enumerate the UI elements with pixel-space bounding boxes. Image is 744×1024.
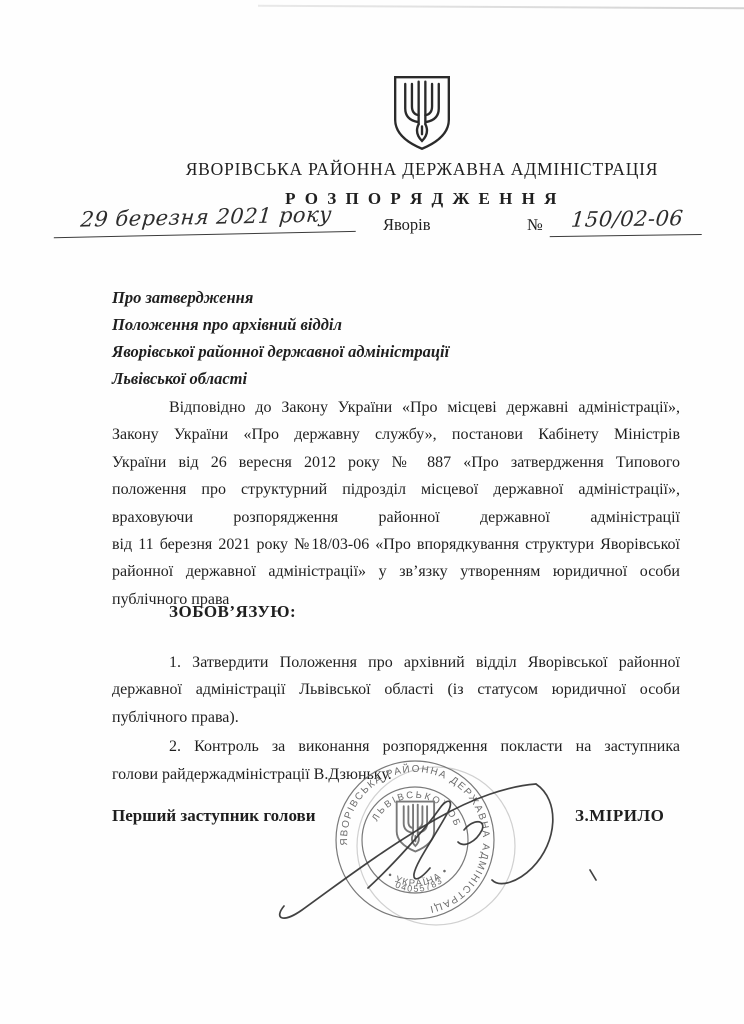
- text-line: положення про структурний підрозділ місц…: [112, 476, 680, 503]
- scan-artifact-line: [258, 5, 744, 10]
- text-line: Закону України «Про державну службу», по…: [112, 421, 680, 448]
- handwritten-document-number: 150/02-06: [550, 206, 705, 237]
- text-line: районної державної адміністрації» у зв’я…: [112, 558, 680, 585]
- text-line: Про затвердження: [112, 284, 542, 311]
- place-name: Яворів: [383, 215, 431, 235]
- text-line: Яворівської районної державної адміністр…: [112, 338, 542, 365]
- body-paragraph: Відповідно до Закону України «Про місцев…: [112, 394, 680, 613]
- text-line: Відповідно до Закону України «Про місцев…: [112, 394, 680, 421]
- text-line: враховуючи розпорядження районної держав…: [112, 504, 680, 531]
- text-line: від 11 березня 2021 року №18/03-06 «Про …: [112, 531, 680, 558]
- handwritten-date: 29 березня 2021 року: [54, 202, 358, 238]
- date-number-row: 29 березня 2021 року Яворів № 150/02-06: [0, 205, 744, 253]
- signer-position-title: Перший заступник голови: [112, 806, 316, 826]
- document-header: ЯВОРІВСЬКА РАЙОННА ДЕРЖАВНА АДМІНІСТРАЦІ…: [100, 75, 744, 209]
- number-sign-label: №: [527, 215, 543, 235]
- text-line: Положення про архівний відділ: [112, 311, 542, 338]
- resolution-heading: ЗОБОВ’ЯЗУЮ:: [169, 602, 296, 622]
- text-line: державної адміністрації Львівської облас…: [112, 676, 680, 703]
- subject-block: Про затвердженняПоложення про архівний в…: [112, 284, 542, 392]
- text-line: України від 26 вересня 2012 року № 887 «…: [112, 449, 680, 476]
- item-1: 1. Затвердити Положення про архівний від…: [112, 649, 680, 731]
- pen-signature: [268, 766, 608, 931]
- signer-name: З.МІРИЛО: [575, 806, 664, 826]
- text-line: Львівської області: [112, 365, 542, 392]
- organization-name: ЯВОРІВСЬКА РАЙОННА ДЕРЖАВНА АДМІНІСТРАЦІ…: [100, 159, 744, 180]
- ukraine-trident-emblem-icon: [387, 75, 457, 151]
- text-line: 1. Затвердити Положення про архівний від…: [112, 649, 680, 676]
- text-line: публічного права).: [112, 704, 680, 731]
- scanned-document-page: ЯВОРІВСЬКА РАЙОННА ДЕРЖАВНА АДМІНІСТРАЦІ…: [0, 0, 744, 1024]
